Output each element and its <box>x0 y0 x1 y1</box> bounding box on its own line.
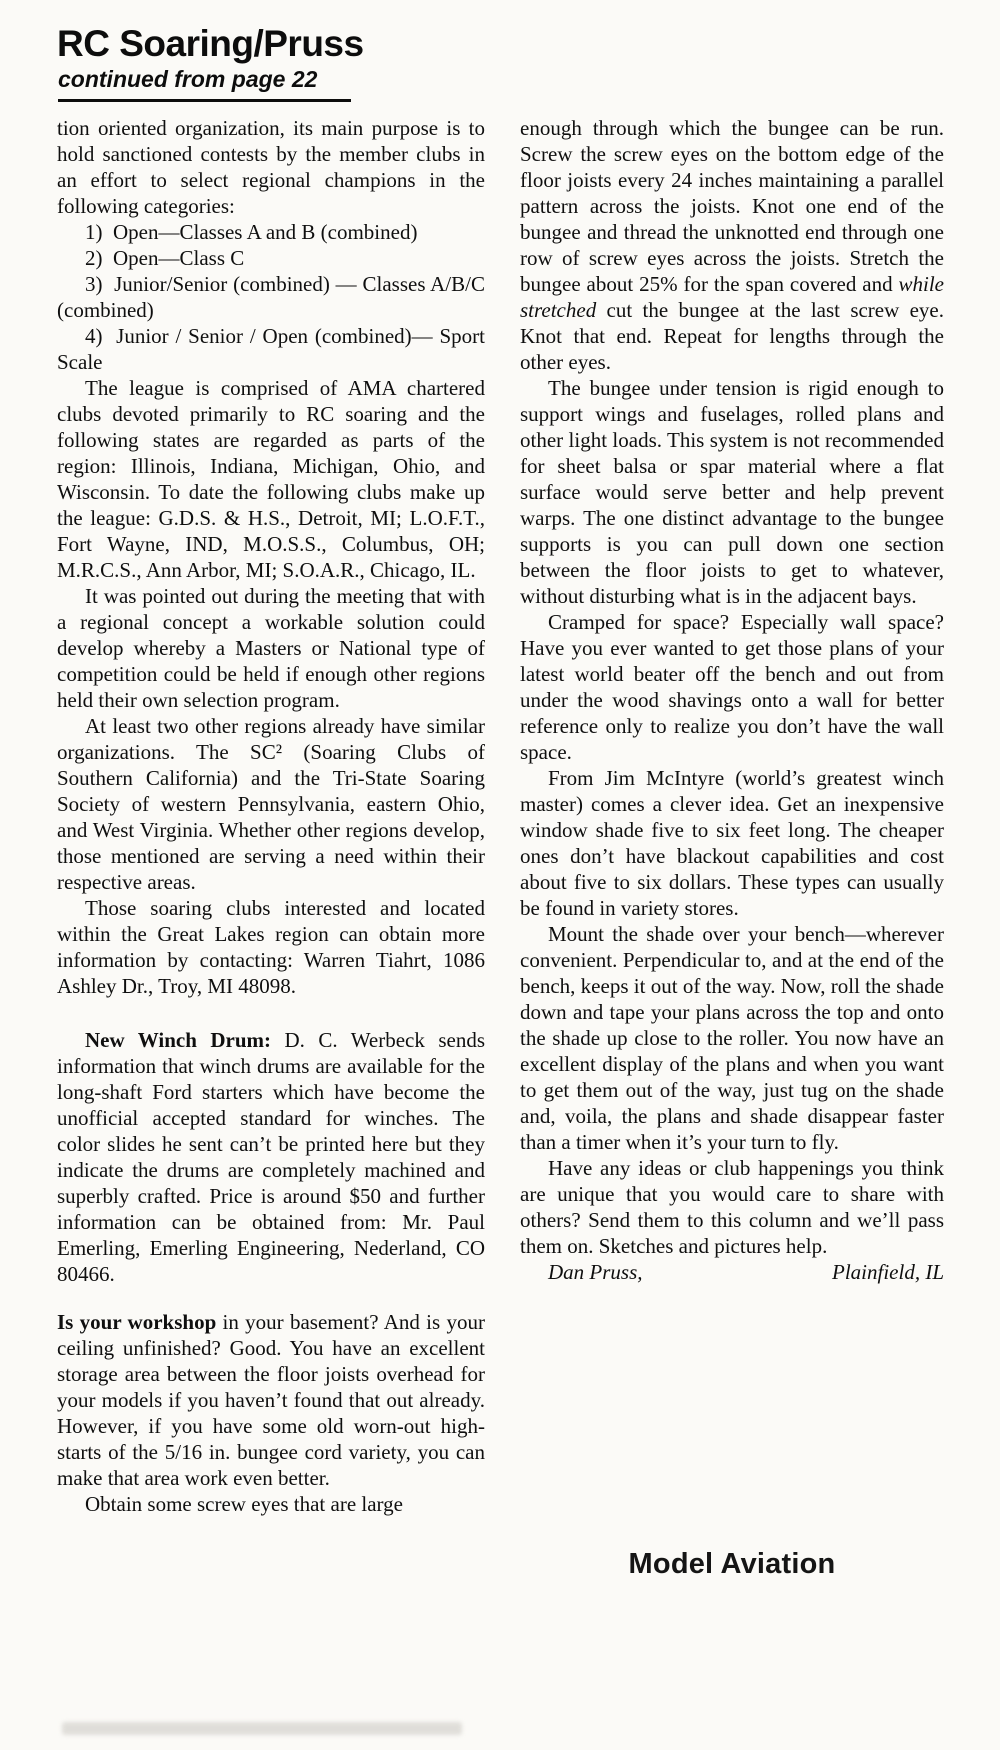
magazine-name: Model Aviation <box>520 1548 944 1581</box>
signature-location: Plainfield, IL <box>832 1259 944 1285</box>
paragraph-continuation: tion oriented organization, its main pur… <box>57 115 485 219</box>
category-item-3: 3) Junior/Senior (combined) — Classes A/… <box>57 271 485 323</box>
paragraph-workshop: Is your workshop in your basement? And i… <box>57 1309 485 1491</box>
left-column: tion oriented organization, its main pur… <box>57 115 485 1517</box>
paragraph-mcintyre: From Jim McIntyre (world’s greatest winc… <box>520 765 944 921</box>
paragraph-meeting: It was pointed out during the meeting th… <box>57 583 485 713</box>
category-item-4: 4) Junior / Senior / Open (combined)— Sp… <box>57 323 485 375</box>
paragraph-screw-eyes: Obtain some screw eyes that are large <box>57 1491 485 1517</box>
signature-author: Dan Pruss, <box>520 1259 643 1285</box>
category-item-2: 2) Open—Class C <box>57 245 485 271</box>
paragraph-bungee-tension: The bungee under tension is rigid enough… <box>520 375 944 609</box>
paragraph-ideas: Have any ideas or club happenings you th… <box>520 1155 944 1259</box>
category-item-1: 1) Open—Classes A and B (combined) <box>57 219 485 245</box>
paragraph-cramped-space: Cramped for space? Especially wall space… <box>520 609 944 765</box>
scan-smudge-artifact <box>62 1722 462 1735</box>
paragraph-new-winch-drum: New Winch Drum: D. C. Werbeck sends info… <box>57 1027 485 1287</box>
paragraph-bungee-run: enough through which the bungee can be r… <box>520 115 944 375</box>
magazine-page: RC Soaring/Pruss continued from page 22 … <box>0 0 1000 1750</box>
paragraph-league: The league is comprised of AMA chartered… <box>57 375 485 583</box>
article-title: RC Soaring/Pruss <box>57 24 477 65</box>
paragraph-other-regions: At least two other regions already have … <box>57 713 485 895</box>
article-header: RC Soaring/Pruss continued from page 22 <box>57 24 477 102</box>
continued-from-note: continued from page 22 <box>58 67 477 92</box>
paragraph-mount-shade: Mount the shade over your bench—wherever… <box>520 921 944 1155</box>
signature-row: Dan Pruss,Plainfield, IL <box>520 1259 944 1285</box>
header-rule <box>58 99 351 102</box>
paragraph-contact: Those soaring clubs interested and locat… <box>57 895 485 999</box>
right-column: enough through which the bungee can be r… <box>520 115 944 1285</box>
